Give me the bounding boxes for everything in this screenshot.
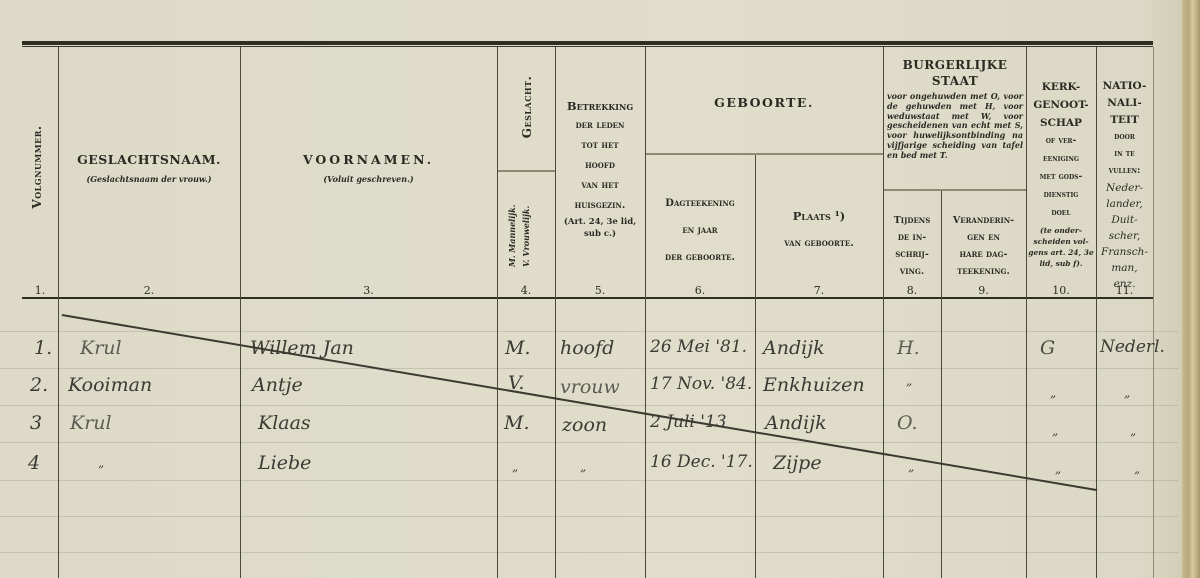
header-bottom-rule — [22, 297, 1153, 299]
row-3-geboorteplaats: Andijk — [765, 412, 827, 434]
row-3-nationaliteit: „ — [1130, 424, 1136, 438]
row-3-geslacht: M. — [504, 412, 530, 434]
subheader-rule — [646, 153, 883, 155]
row-3-achternaam: Krul — [70, 412, 112, 434]
header-title: BURGERLIJKE — [887, 58, 1023, 74]
row-2-nationaliteit: „ — [1124, 386, 1130, 400]
header-line: Betrekking — [555, 96, 645, 116]
header-geboorte: GEBOORTE. — [645, 95, 883, 111]
header-veranderingen: Veranderin- gen en hare dag- teekening. — [941, 212, 1026, 280]
column-number: 5. — [555, 284, 645, 297]
header-line: huisgezin. — [555, 196, 645, 216]
page-edge — [1153, 47, 1154, 578]
register-page: Volgnummer. GESLACHTSNAAM. (Geslachtsnaa… — [0, 0, 1200, 578]
ruled-line — [0, 331, 1178, 332]
row-1-geboorteplaats: Andijk — [763, 337, 825, 359]
row-2-nr: 2. — [30, 374, 48, 396]
header-line: hoofd — [555, 156, 645, 176]
header-line: Plaats ¹) — [755, 203, 883, 230]
header-note: (Art. 24, 3e lid, sub c.) — [555, 216, 645, 240]
ruled-line — [0, 552, 1178, 553]
header-line: teekening. — [941, 263, 1026, 280]
header-betrekking: Betrekking der leden tot het hoofd van h… — [555, 96, 645, 240]
row-1-kerkgenootschap: G — [1040, 337, 1055, 359]
header-line: der leden — [555, 116, 645, 136]
row-4-achternaam: „ — [98, 456, 104, 470]
header-line: met gods- — [1026, 168, 1096, 186]
header-burgerlijke-staat: BURGERLIJKE STAAT voor ongehuwden met O,… — [887, 58, 1023, 160]
header-volgnummer: Volgnummer. — [30, 122, 44, 212]
header-line: en jaar — [645, 217, 755, 244]
header-line: Veranderin- — [941, 212, 1026, 229]
header-line: Dagteekening — [645, 190, 755, 217]
row-3-voornamen: Klaas — [258, 412, 311, 434]
row-1-nr: 1. — [34, 337, 52, 359]
header-line: doel — [1026, 204, 1096, 222]
subheader-rule — [498, 170, 555, 172]
row-1-nationaliteit: Nederl. — [1100, 337, 1165, 357]
header-line: ving. — [883, 263, 941, 280]
column-divider — [240, 47, 241, 578]
row-4-nr: 4 — [28, 452, 40, 474]
header-line: eeniging — [1026, 150, 1096, 168]
column-number: 11. — [1096, 284, 1153, 297]
header-title: STAAT — [887, 74, 1023, 90]
column-divider — [58, 47, 59, 578]
column-divider — [497, 47, 498, 578]
row-4-nationaliteit: „ — [1134, 462, 1140, 476]
header-line: TEIT — [1096, 112, 1153, 129]
row-4-kerkgenootschap: „ — [1055, 462, 1061, 476]
header-line: door — [1096, 129, 1153, 146]
header-line: vullen: — [1096, 163, 1153, 180]
header-kerkgenootschap: KERK- GENOOT- SCHAP of ver- eeniging met… — [1026, 78, 1096, 269]
column-number: 4. — [497, 284, 555, 297]
ruled-line — [0, 442, 1178, 443]
header-line: Tijdens — [883, 212, 941, 229]
header-nationaliteit: NATIO- NALI- TEIT door in te vullen: Ned… — [1096, 78, 1153, 292]
header-note: (te onder-scheiden vol-gens art. 24, 3e … — [1026, 225, 1096, 269]
row-1-achternaam: Krul — [80, 337, 122, 359]
row-2-voornamen: Antje — [252, 374, 303, 396]
row-1-betrekking: hoofd — [560, 337, 614, 359]
column-number: 8. — [883, 284, 941, 297]
row-3-kerkgenootschap: „ — [1052, 424, 1058, 438]
header-note: (Voluit geschreven.) — [240, 174, 497, 184]
column-number: 6. — [645, 284, 755, 297]
top-rule-thin — [22, 46, 1153, 47]
header-title: GESLACHTSNAAM. — [58, 152, 240, 168]
row-4-geslacht: „ — [512, 460, 518, 474]
header-geslacht: Geslacht. — [520, 62, 534, 152]
header-line: der geboorte. — [645, 244, 755, 271]
header-tijdens-inschrijving: Tijdens de in- schrij- ving. — [883, 212, 941, 280]
row-2-betrekking: vrouw — [560, 376, 620, 398]
header-line: in te — [1096, 146, 1153, 163]
column-number: 2. — [58, 284, 240, 297]
ruled-line — [0, 480, 1178, 481]
row-2-kerkgenootschap: „ — [1050, 386, 1056, 400]
column-number: 7. — [755, 284, 883, 297]
header-note: voor ongehuwden met O, voor de gehuwden … — [887, 92, 1023, 160]
row-1-burgerlijke-staat: H. — [897, 337, 920, 359]
column-number: 10. — [1026, 284, 1096, 297]
column-number: 3. — [240, 284, 497, 297]
row-3-betrekking: zoon — [562, 414, 607, 436]
ruled-line — [0, 516, 1178, 517]
header-line: SCHAP — [1026, 114, 1096, 132]
header-geslacht-v: V. Vrouwelijk. — [521, 187, 531, 267]
header-line: hare dag- — [941, 246, 1026, 263]
book-binding — [1182, 0, 1200, 578]
column-number: 1. — [22, 284, 58, 297]
header-line: of ver- — [1026, 132, 1096, 150]
row-3-nr: 3 — [30, 412, 42, 434]
header-line: van geboorte. — [755, 230, 883, 257]
column-number: 9. — [941, 284, 1026, 297]
column-divider — [883, 47, 884, 578]
header-line: gen en — [941, 229, 1026, 246]
row-4-burgerlijke-staat: „ — [908, 460, 914, 474]
header-geslachtsnaam: GESLACHTSNAAM. (Geslachtsnaam der vrouw.… — [58, 152, 240, 185]
header-line: tot het — [555, 136, 645, 156]
header-title: VOORNAMEN. — [240, 152, 497, 168]
row-2-geboortedatum: 17 Nov. '84. — [650, 374, 752, 394]
row-4-betrekking: „ — [580, 460, 586, 474]
ruled-line — [0, 405, 1178, 406]
header-geslacht-m: M. Mannelijk. — [507, 187, 517, 267]
header-note: Neder-lander, Duit-scher, Fransch-man, e… — [1096, 180, 1153, 292]
row-2-burgerlijke-staat: „ — [906, 374, 912, 388]
top-rule — [22, 41, 1153, 45]
row-4-voornamen: Liebe — [258, 452, 311, 474]
header-line: NATIO- — [1096, 78, 1153, 95]
header-note: (Geslachtsnaam der vrouw.) — [58, 174, 240, 184]
ruled-line — [0, 368, 1178, 369]
header-dagteekening: Dagteekening en jaar der geboorte. — [645, 190, 755, 271]
header-line: schrij- — [883, 246, 941, 263]
row-3-burgerlijke-staat: O. — [897, 412, 918, 434]
row-1-geboortedatum: 26 Mei '81. — [650, 337, 747, 357]
row-4-geboortedatum: 16 Dec. '17. — [650, 452, 753, 472]
header-line: dienstig — [1026, 186, 1096, 204]
header-plaats: Plaats ¹) van geboorte. — [755, 203, 883, 257]
column-divider — [645, 47, 646, 578]
subheader-rule — [884, 189, 1026, 191]
header-line: GENOOT- — [1026, 96, 1096, 114]
header-line: de in- — [883, 229, 941, 246]
header-line: KERK- — [1026, 78, 1096, 96]
row-4-geboorteplaats: Zijpe — [773, 452, 822, 474]
header-line: van het — [555, 176, 645, 196]
row-2-achternaam: Kooiman — [68, 374, 152, 396]
row-2-geboorteplaats: Enkhuizen — [763, 374, 865, 396]
row-1-geslacht: M. — [505, 337, 531, 359]
header-voornamen: VOORNAMEN. (Voluit geschreven.) — [240, 152, 497, 185]
header-line: NALI- — [1096, 95, 1153, 112]
